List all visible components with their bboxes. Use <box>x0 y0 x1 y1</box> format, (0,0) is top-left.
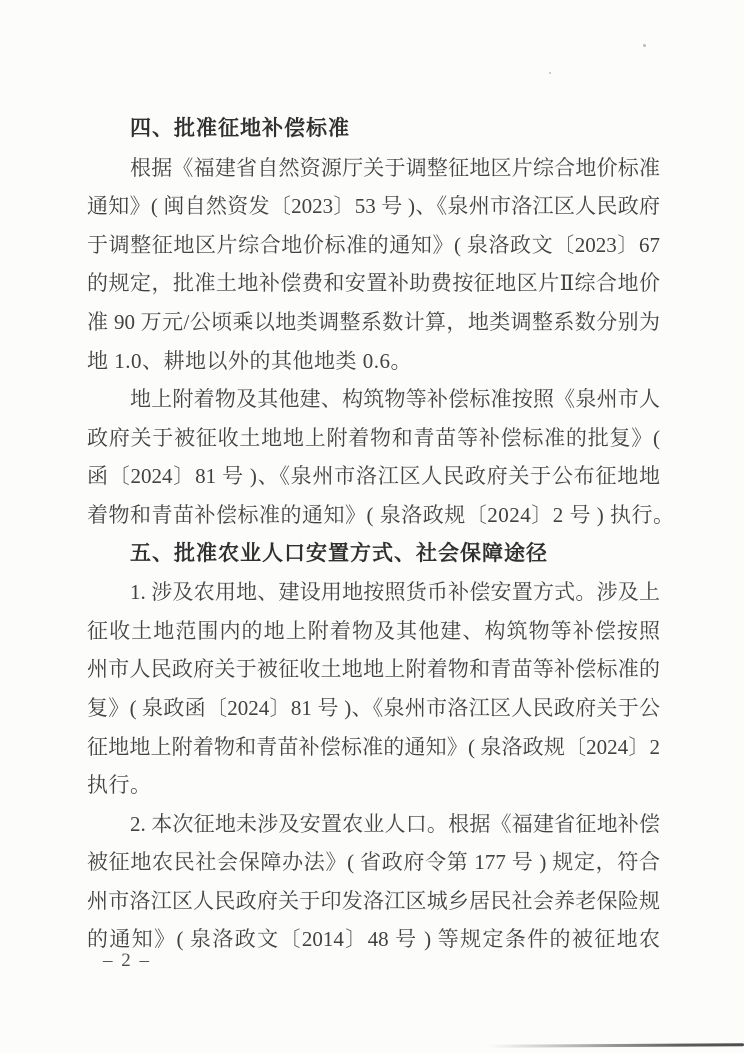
text-line: 地上附着物及其他建、构筑物等补偿标准按照《泉州市人民 <box>87 380 660 419</box>
scan-speck <box>549 72 551 74</box>
paragraph: 2. 本次征地未涉及安置农业人口。根据《福建省征地补偿和被征地农民社会保障办法》… <box>87 805 660 959</box>
text-line: 政府关于被征收土地地上附着物和青苗等补偿标准的批复》( 泉政 <box>87 419 660 458</box>
page-number: – 2 – <box>103 946 151 976</box>
text-line: 着物和青苗补偿标准的通知》( 泉洛政规〔2024〕2 号 ) 执行。 <box>87 496 660 535</box>
scan-speck <box>643 44 646 47</box>
text-line: 征地地上附着物和青苗补偿标准的通知》( 泉洛政规〔2024〕2 号 ) <box>87 728 660 767</box>
text-line: 的通知》( 泉洛政文〔2014〕48 号 ) 等规定条件的被征地农民， <box>87 920 660 959</box>
document-page: 四、批准征地补偿标准根据《福建省自然资源厅关于调整征地区片综合地价标准的通知》(… <box>0 0 744 1053</box>
text-line: 根据《福建省自然资源厅关于调整征地区片综合地价标准的 <box>87 149 660 188</box>
text-line: 1. 涉及农用地、建设用地按照货币补偿安置方式。涉及上述 <box>87 573 660 612</box>
scan-shadow-edge <box>488 1043 744 1048</box>
text-line: 四、批准征地补偿标准 <box>87 110 660 149</box>
paragraph: 1. 涉及农用地、建设用地按照货币补偿安置方式。涉及上述征收土地范围内的地上附着… <box>87 573 660 805</box>
text-line: 州市洛江区人民政府关于印发洛江区城乡居民社会养老保险规定 <box>87 882 660 921</box>
text-line: 五、批准农业人口安置方式、社会保障途径 <box>87 535 660 574</box>
text-line: 的规定，批准土地补偿费和安置补助费按征地区片Ⅱ综合地价标 <box>87 264 660 303</box>
text-line: 于调整征地区片综合地价标准的通知》( 泉洛政文〔2023〕67 号 ) <box>87 226 660 265</box>
text-line: 执行。 <box>87 766 660 805</box>
text-line: 被征地农民社会保障办法》( 省政府令第 177 号 ) 规定，符合《泉 <box>87 843 660 882</box>
text-line: 通知》( 闽自然资发〔2023〕53 号 )、《泉州市洛江区人民政府关 <box>87 187 660 226</box>
paragraph: 地上附着物及其他建、构筑物等补偿标准按照《泉州市人民政府关于被征收土地地上附着物… <box>87 380 660 534</box>
paragraph: 根据《福建省自然资源厅关于调整征地区片综合地价标准的通知》( 闽自然资发〔202… <box>87 149 660 381</box>
document-body: 四、批准征地补偿标准根据《福建省自然资源厅关于调整征地区片综合地价标准的通知》(… <box>87 110 660 959</box>
section-heading: 四、批准征地补偿标准 <box>87 110 660 149</box>
text-line: 复》( 泉政函〔2024〕81 号 )、《泉州市洛江区人民政府关于公布 <box>87 689 660 728</box>
text-line: 准 90 万元/公顷乘以地类调整系数计算，地类调整系数分别为耕 <box>87 303 660 342</box>
text-line: 2. 本次征地未涉及安置农业人口。根据《福建省征地补偿和 <box>87 805 660 844</box>
text-line: 征收土地范围内的地上附着物及其他建、构筑物等补偿按照《泉 <box>87 612 660 651</box>
section-heading: 五、批准农业人口安置方式、社会保障途径 <box>87 535 660 574</box>
text-line: 函〔2024〕81 号 )、《泉州市洛江区人民政府关于公布征地地上附 <box>87 457 660 496</box>
text-line: 地 1.0、耕地以外的其他地类 0.6。 <box>87 342 660 381</box>
text-line: 州市人民政府关于被征收土地地上附着物和青苗等补偿标准的批 <box>87 650 660 689</box>
